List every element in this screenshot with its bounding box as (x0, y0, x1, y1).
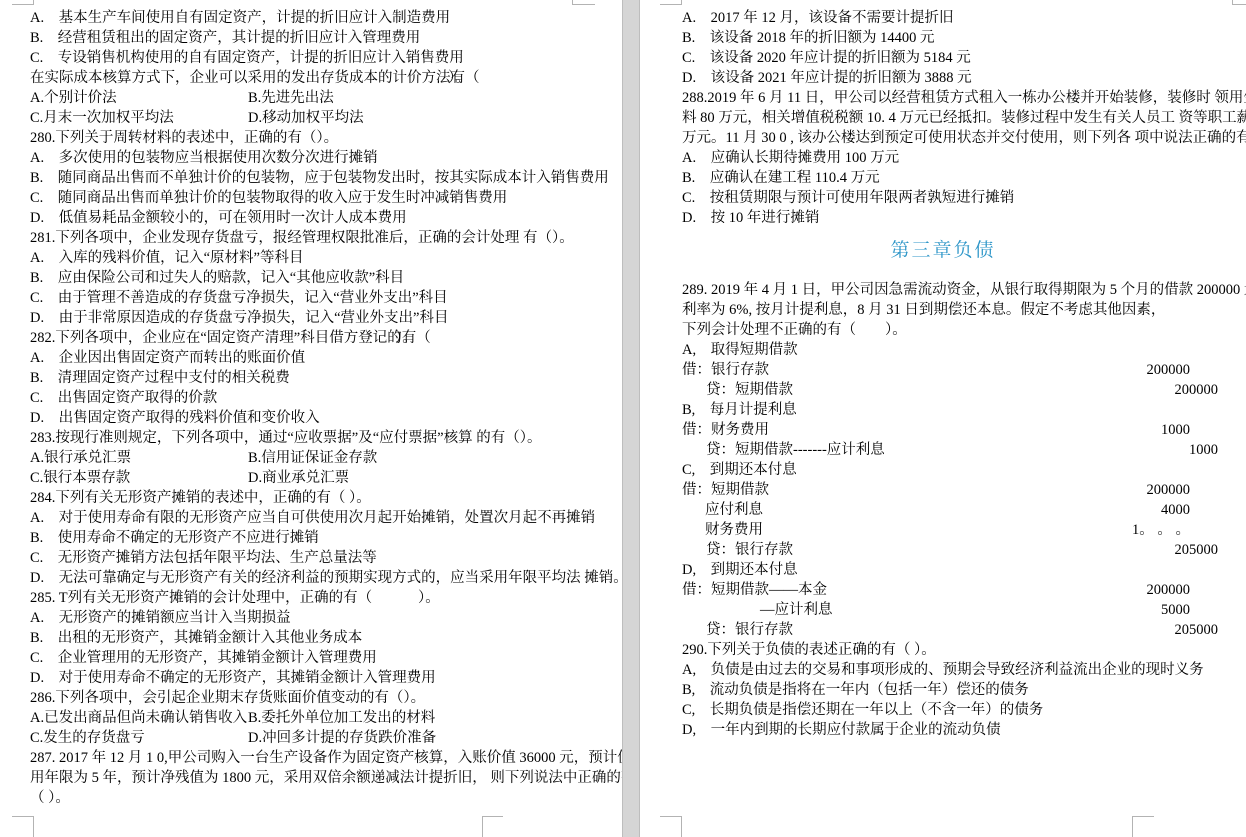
document-view: A. 基本生产车间使用自有固定资产，计提的折旧应计入制造费用B. 经营租赁租出的… (0, 0, 1246, 837)
line-text: A. 企业因出售固定资产而转出的账面价值 (30, 348, 305, 368)
line-text: 应付利息 (705, 500, 763, 520)
right-page-line: 贷：银行存款205000 (640, 540, 1246, 560)
line-text: 用年限为 5 年，预计净残值为 1800 元，采用双倍余额递减法计提折旧， 则下… (30, 768, 622, 788)
line-text: ―应计利息 (760, 600, 833, 620)
journal-debit-amount: 1000 (1161, 420, 1190, 440)
line-text: B. 应确认在建工程 110.4 万元 (682, 168, 880, 188)
left-page-line: 284.下列有关无形资产摊销的表述中，正确的有（ ）。 (0, 488, 622, 508)
margin-mark-left-page-top-left (12, 0, 34, 5)
left-page-line: 用年限为 5 年，预计净残值为 1800 元，采用双倍余额递减法计提折旧， 则下… (0, 768, 622, 788)
line-text: D. 低值易耗品金额较小的，可在领用时一次计人成本费用 (30, 208, 407, 228)
line-text: 贷：短期借款-------应计利息 (706, 440, 885, 460)
left-page-line: 285. T列有关无形资产摊销的会计处理中，正确的有（）。 (0, 588, 622, 608)
left-page-line: A. 对于使用寿命有限的无形资产应当自可供使用次月起开始摊销，处置次月起不再摊销 (0, 508, 622, 528)
line-text: B. 该设备 2018 年的折旧额为 14400 元 (682, 28, 935, 48)
line-text: C.银行本票存款 (30, 468, 130, 488)
line-text: 283.按现行准则规定，下列各项中，通过“应收票据”及“应付票据”核算 的有（）… (30, 428, 542, 448)
right-page-line: D. 该设备 2021 年应计提的折旧额为 3888 元 (640, 68, 1246, 88)
line-text: 在实际成本核算方式下，企业可以采用的发出存货成本的计价方法有（ (30, 68, 480, 88)
right-page-line: C, 到期还本付息 (640, 460, 1246, 480)
right-page-line: B, 流动负债是指将在一年内（包括一年）偿还的债务 (640, 680, 1246, 700)
line-text-column2: B.先进先出法 (248, 88, 334, 108)
left-page-line: 在实际成本核算方式下，企业可以采用的发出存货成本的计价方法有（）。 (0, 68, 622, 88)
line-text: C.月末一次加权平均法 (30, 108, 174, 128)
left-page-line: 281.下列各项中，企业发现存货盘亏，报经管理权限批准后，正确的会计处理 有（）… (0, 228, 622, 248)
margin-mark-left-page-bottom-right (482, 816, 503, 837)
right-page-line: 贷：短期借款-------应计利息1000 (640, 440, 1246, 460)
journal-credit-amount: 205000 (1175, 540, 1219, 560)
margin-mark-left-page-bottom-left (12, 816, 34, 837)
margin-mark-right-page-bottom-left (660, 816, 682, 837)
right-page-line: C. 按租赁期限与预计可使用年限两者孰短进行摊销 (640, 188, 1246, 208)
left-page-line: C.银行本票存款D.商业承兑汇票 (0, 468, 622, 488)
line-text: C. 该设备 2020 年应计提的折旧额为 5184 元 (682, 48, 971, 68)
line-text: 282.下列各项中，企业应在“固定资产清理”科目借方登记的有（ (30, 328, 431, 348)
right-page-line: 贷：银行存款205000 (640, 620, 1246, 640)
right-page-line: B, 每月计提利息 (640, 400, 1246, 420)
left-page-line: C. 专设销售机构使用的自有固定资产，计提的折旧应计入销售费用 (0, 48, 622, 68)
line-text: B. 清理固定资产过程中支付的相关税费 (30, 368, 290, 388)
line-text: A. 基本生产车间使用自有固定资产，计提的折旧应计入制造费用 (30, 8, 450, 28)
right-page-line: A, 取得短期借款 (640, 340, 1246, 360)
right-page-line: 下列会计处理不正确的有（ ）。 (640, 320, 1246, 340)
left-page-line: A. 入库的残料价值，记入“原材料”等科目 (0, 248, 622, 268)
right-page-line: 289. 2019 年 4 月 1 日，甲公司因急需流动资金，从银行取得期限为 … (640, 280, 1246, 300)
line-text: 288.2019 年 6 月 11 日，甲公司以经营租赁方式租入一栋办公楼并开始… (682, 88, 1246, 108)
page-left: A. 基本生产车间使用自有固定资产，计提的折旧应计入制造费用B. 经营租赁租出的… (0, 0, 622, 837)
right-page-line: A. 应确认长期待摊费用 100 万元 (640, 148, 1246, 168)
line-text: B. 随同商品出售而不单独计价的包装物，应于包装物发出时，按其实际成本计入销售费… (30, 168, 609, 188)
right-page-line: C, 长期负债是指偿还期在一年以上（不含一年）的债务 (640, 700, 1246, 720)
line-text: A.已发出商品但尚未确认销售收入 (30, 708, 247, 728)
margin-mark-right-page-top-left (660, 0, 682, 5)
line-text: D. 由于非常原因造成的存货盘亏净损失，记入“营业外支出”科目 (30, 308, 448, 328)
line-text: 借：银行存款 (682, 360, 769, 380)
left-page-line: A.银行承兑汇票B.信用证保证金存款 (0, 448, 622, 468)
line-text: D. 按 10 年进行摊销 (682, 208, 819, 228)
line-text: A.个别计价法 (30, 88, 117, 108)
right-page-line: B. 该设备 2018 年的折旧额为 14400 元 (640, 28, 1246, 48)
left-page-line: A. 多次使用的包装物应当根据使用次数分次进行摊销 (0, 148, 622, 168)
line-text: B. 使用寿命不确定的无形资产不应进行摊销 (30, 528, 319, 548)
left-page-line: 287. 2017 年 12 月 1 0,甲公司购入一台生产设备作为固定资产核算… (0, 748, 622, 768)
left-page-line: D. 由于非常原因造成的存货盘亏净损失，记入“营业外支出”科目 (0, 308, 622, 328)
line-text: 贷：短期借款 (706, 380, 793, 400)
line-text-column2: B.信用证保证金存款 (248, 448, 377, 468)
right-page-line: D, 到期还本付息 (640, 560, 1246, 580)
left-page-line: D. 低值易耗品金额较小的，可在领用时一次计人成本费用 (0, 208, 622, 228)
right-page-line: 应付利息4000 (640, 500, 1246, 520)
line-text: 万元。11 月 30 0 , 该办公楼达到预定可使用状态并交付使用，则下列各 项… (682, 128, 1246, 148)
left-page-line: B. 随同商品出售而不单独计价的包装物，应于包装物发出时，按其实际成本计入销售费… (0, 168, 622, 188)
left-page-line: B. 经营租赁租出的固定资产，其计提的折旧应计入管理费用 (0, 28, 622, 48)
line-text: A. 入库的残料价值，记入“原材料”等科目 (30, 248, 303, 268)
line-text: A. 应确认长期待摊费用 100 万元 (682, 148, 899, 168)
right-page-line: 料 80 万元，相关增值税税额 10. 4 万元已经抵扣。装修过程中发生有关人员… (640, 108, 1246, 128)
journal-credit-amount: 205000 (1175, 620, 1219, 640)
line-text: D. 无法可靠确定与无形资产有关的经济利益的预期实现方式的，应当采用年限平均法 … (30, 568, 622, 588)
line-text: （ ）。 (30, 788, 70, 808)
left-page-line: A. 企业因出售固定资产而转出的账面价值 (0, 348, 622, 368)
line-text: D, 到期还本付息 (682, 560, 798, 580)
line-text: B, 流动负债是指将在一年内（包括一年）偿还的债务 (682, 680, 1029, 700)
line-text: D, 一年内到期的长期应付款属于企业的流动负债 (682, 720, 1001, 740)
line-text: D. 对于使用寿命不确定的无形资产，其摊销金额计入管理费用 (30, 668, 436, 688)
right-page-line: A. 2017 年 12 月，该设备不需要计提折旧 (640, 8, 1246, 28)
right-page-line: A, 负债是由过去的交易和事项形成的、预期会导致经济利益流出企业的现时义务 (640, 660, 1246, 680)
left-page-line: B. 使用寿命不确定的无形资产不应进行摊销 (0, 528, 622, 548)
right-page-line: 万元。11 月 30 0 , 该办公楼达到预定可使用状态并交付使用，则下列各 项… (640, 128, 1246, 148)
left-page-line: 286.下列各项中，会引起企业期末存货账面价值变动的有（）。 (0, 688, 622, 708)
line-text: 286.下列各项中，会引起企业期末存货账面价值变动的有（）。 (30, 688, 425, 708)
right-page-line: 借：银行存款200000 (640, 360, 1246, 380)
line-text: C.发生的存货盘亏 (30, 728, 145, 748)
line-text: 借：短期借款――本金 (682, 580, 827, 600)
right-page-line: 290.下列关于负债的表述正确的有（ ）。 (640, 640, 1246, 660)
right-page-line: D, 一年内到期的长期应付款属于企业的流动负债 (640, 720, 1246, 740)
line-text: C, 到期还本付息 (682, 460, 797, 480)
right-page-line: C. 该设备 2020 年应计提的折旧额为 5184 元 (640, 48, 1246, 68)
line-text: B. 应由保险公司和过失人的赔款，记入“其他应收款”科目 (30, 268, 404, 288)
line-text: 料 80 万元，相关增值税税额 10. 4 万元已经抵扣。装修过程中发生有关人员… (682, 108, 1246, 128)
line-text: 借：短期借款 (682, 480, 769, 500)
journal-debit-amount: 200000 (1147, 360, 1191, 380)
line-text: C, 长期负债是指偿还期在一年以上（不含一年）的债务 (682, 700, 1043, 720)
left-page-line: C. 随同商品出售而单独计价的包装物取得的收入应于发生时冲减销售费用 (0, 188, 622, 208)
journal-debit-amount: 200000 (1147, 580, 1191, 600)
left-page-line: D. 无法可靠确定与无形资产有关的经济利益的预期实现方式的，应当采用年限平均法 … (0, 568, 622, 588)
left-page-line: A. 无形资产的摊销额应当计入当期损益 (0, 608, 622, 628)
line-text: 财务费用 (705, 520, 763, 540)
right-page-line: 借：短期借款――本金200000 (640, 580, 1246, 600)
line-text-column2: D.冲回多计提的存货跌价准备 (248, 728, 436, 748)
left-page-line: C. 由于管理不善造成的存货盘亏净损失，记入“营业外支出”科目 (0, 288, 622, 308)
left-page-line: B. 出租的无形资产，其摊销金额计入其他业务成本 (0, 628, 622, 648)
line-text: 利率为 6%, 按月计提利息，8 月 31 日到期偿还本息。假定不考虑其他因素， (682, 300, 1165, 320)
left-page-line: D. 出售固定资产取得的残料价值和变价收入 (0, 408, 622, 428)
page-right: A. 2017 年 12 月，该设备不需要计提折旧B. 该设备 2018 年的折… (640, 0, 1246, 837)
line-text: 284.下列有关无形资产摊销的表述中，正确的有（ ）。 (30, 488, 371, 508)
right-page-line: 贷：短期借款200000 (640, 380, 1246, 400)
right-page-line: B. 应确认在建工程 110.4 万元 (640, 168, 1246, 188)
left-page-line: D. 对于使用寿命不确定的无形资产，其摊销金额计入管理费用 (0, 668, 622, 688)
line-text-column2: ）。 (395, 328, 417, 348)
line-text: C. 按租赁期限与预计可使用年限两者孰短进行摊销 (682, 188, 1014, 208)
left-page-line: A.个别计价法B.先进先出法 (0, 88, 622, 108)
right-page-line: ―应计利息5000 (640, 600, 1246, 620)
journal-credit-amount: 1000 (1189, 440, 1218, 460)
line-text: C. 出售固定资产取得的价款 (30, 388, 217, 408)
line-text: 下列会计处理不正确的有（ ）。 (682, 320, 907, 340)
right-page-line: 借：财务费用1000 (640, 420, 1246, 440)
line-text: 285. T列有关无形资产摊销的会计处理中，正确的有（ (30, 588, 372, 608)
journal-debit-amount: 200000 (1147, 480, 1191, 500)
left-page-line: C. 无形资产摊销方法包括年限平均法、生产总量法等 (0, 548, 622, 568)
left-page-line: C.发生的存货盘亏D.冲回多计提的存货跌价准备 (0, 728, 622, 748)
left-page-line: B. 应由保险公司和过失人的赔款，记入“其他应收款”科目 (0, 268, 622, 288)
right-page-line: 利率为 6%, 按月计提利息，8 月 31 日到期偿还本息。假定不考虑其他因素， (640, 300, 1246, 320)
left-page-line: （ ）。 (0, 788, 622, 808)
page-right-text: A. 2017 年 12 月，该设备不需要计提折旧B. 该设备 2018 年的折… (640, 0, 1246, 740)
line-text: 281.下列各项中，企业发现存货盘亏，报经管理权限批准后，正确的会计处理 有（）… (30, 228, 574, 248)
line-text: 借：财务费用 (682, 420, 769, 440)
line-text: B, 每月计提利息 (682, 400, 797, 420)
line-text: C. 企业管理用的无形资产，其摊销金额计入管理费用 (30, 648, 377, 668)
page-left-text: A. 基本生产车间使用自有固定资产，计提的折旧应计入制造费用B. 经营租赁租出的… (0, 0, 622, 808)
margin-mark-right-page-bottom-right (1132, 816, 1154, 837)
journal-debit-amount: 1。 。 。 (1132, 520, 1190, 540)
line-text: 287. 2017 年 12 月 1 0,甲公司购入一台生产设备作为固定资产核算… (30, 748, 622, 768)
line-text-column2: D.商业承兑汇票 (248, 468, 349, 488)
line-text: C. 专设销售机构使用的自有固定资产，计提的折旧应计入销售费用 (30, 48, 464, 68)
margin-mark-left-page-top-right (572, 0, 595, 5)
journal-debit-amount: 4000 (1161, 500, 1190, 520)
right-page-line: 借：短期借款200000 (640, 480, 1246, 500)
line-text-column2: ）。 (418, 588, 440, 608)
margin-mark-right-page-top-right (1232, 0, 1246, 5)
right-page-line: 288.2019 年 6 月 11 日，甲公司以经营租赁方式租入一栋办公楼并开始… (640, 88, 1246, 108)
right-page-line: 财务费用1。 。 。 (640, 520, 1246, 540)
line-text: C. 无形资产摊销方法包括年限平均法、生产总量法等 (30, 548, 377, 568)
left-page-line: C. 企业管理用的无形资产，其摊销金额计入管理费用 (0, 648, 622, 668)
line-text-column2: B.委托外单位加工发出的材料 (248, 708, 435, 728)
left-page-line: 283.按现行准则规定，下列各项中，通过“应收票据”及“应付票据”核算 的有（）… (0, 428, 622, 448)
line-text: A. 多次使用的包装物应当根据使用次数分次进行摊销 (30, 148, 378, 168)
line-text: D. 该设备 2021 年应计提的折旧额为 3888 元 (682, 68, 972, 88)
left-page-line: 282.下列各项中，企业应在“固定资产清理”科目借方登记的有（）。 (0, 328, 622, 348)
line-text: A, 取得短期借款 (682, 340, 798, 360)
line-text: C. 随同商品出售而单独计价的包装物取得的收入应于发生时冲减销售费用 (30, 188, 507, 208)
right-page-line: D. 按 10 年进行摊销 (640, 208, 1246, 228)
left-page-line: C. 出售固定资产取得的价款 (0, 388, 622, 408)
line-text: A. 2017 年 12 月，该设备不需要计提折旧 (682, 8, 953, 28)
line-text: B. 经营租赁租出的固定资产，其计提的折旧应计入管理费用 (30, 28, 420, 48)
line-text: A.银行承兑汇票 (30, 448, 131, 468)
line-text-column2: D.移动加权平均法 (248, 108, 364, 128)
line-text: C. 由于管理不善造成的存货盘亏净损失，记入“营业外支出”科目 (30, 288, 448, 308)
page-gutter (622, 0, 640, 837)
chapter-heading: 第三章负债 (640, 236, 1246, 266)
line-text: 290.下列关于负债的表述正确的有（ ）。 (682, 640, 936, 660)
line-text: 280.下列关于周转材料的表述中，正确的有（）。 (30, 128, 338, 148)
line-text: A, 负债是由过去的交易和事项形成的、预期会导致经济利益流出企业的现时义务 (682, 660, 1204, 680)
line-text: A. 无形资产的摊销额应当计入当期损益 (30, 608, 291, 628)
journal-credit-amount: 200000 (1175, 380, 1219, 400)
line-text: 贷：银行存款 (706, 540, 793, 560)
line-text: 289. 2019 年 4 月 1 日，甲公司因急需流动资金，从银行取得期限为 … (682, 280, 1246, 300)
line-text: 贷：银行存款 (706, 620, 793, 640)
left-page-line: 280.下列关于周转材料的表述中，正确的有（）。 (0, 128, 622, 148)
left-page-line: A.已发出商品但尚未确认销售收入B.委托外单位加工发出的材料 (0, 708, 622, 728)
line-text: B. 出租的无形资产，其摊销金额计入其他业务成本 (30, 628, 362, 648)
left-page-line: B. 清理固定资产过程中支付的相关税费 (0, 368, 622, 388)
left-page-line: A. 基本生产车间使用自有固定资产，计提的折旧应计入制造费用 (0, 8, 622, 28)
line-text: A. 对于使用寿命有限的无形资产应当自可供使用次月起开始摊销，处置次月起不再摊销 (30, 508, 595, 528)
journal-debit-amount: 5000 (1161, 600, 1190, 620)
line-text: D. 出售固定资产取得的残料价值和变价收入 (30, 408, 320, 428)
left-page-line: C.月末一次加权平均法D.移动加权平均法 (0, 108, 622, 128)
line-text-column2: ）。 (448, 68, 470, 88)
